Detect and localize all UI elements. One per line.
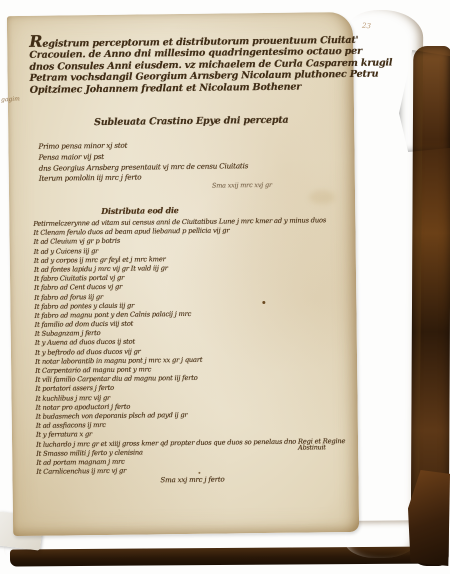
expense-entry-text: It Smasso militi j ferto y clenisina	[36, 448, 143, 457]
expense-entry-text: It ad fontes lapidu j mrc vij gr It vald…	[34, 264, 168, 274]
expense-entry-text: It y Auena ad duos ducos ij stot	[35, 338, 135, 347]
photo-backdrop: Registrum perceptorum et distributorum p…	[0, 0, 450, 574]
expense-entry-text: It fabro ad Cent ducos vj gr	[34, 283, 122, 292]
expense-entry-text: It ad portam magnam j mrc	[36, 458, 124, 467]
receipts-lines: Primo pensa minor xj stotPensa maior vij…	[38, 139, 248, 185]
expense-entry-text: It fabro ad magnu pont y den Calnis pala…	[34, 310, 191, 320]
expense-entry-text: It Carnlicenchus ij mrc vj gr	[36, 467, 126, 476]
expense-entry-text: It Carpentario ad magnu pont y mrc	[35, 365, 151, 374]
expenses-heading: Distributa eod die	[101, 205, 179, 216]
expense-entry-text: It ad Cleuium vj gr p botris	[34, 237, 121, 246]
expenses-total: Sma xxj mrc j ferto	[160, 476, 224, 485]
expense-entry-text: It Subagnzam j ferto	[35, 329, 101, 338]
expense-entry-text: It ad y Cuicens iij gr	[34, 247, 99, 256]
receipts-heading: Subleuata Crastino Epye dni percepta	[94, 115, 288, 128]
folio-number: 23	[362, 22, 371, 31]
expense-entry-text: It ad y corpos ij mrc gr feyl et j mrc k…	[34, 255, 166, 265]
margin-note: gagim	[1, 96, 20, 104]
header-block: Registrum perceptorum et distributorum p…	[29, 32, 346, 96]
expense-entry-text: It kuchlibus j mrc vij gr	[35, 393, 110, 402]
expenses-list: Petirmelczerynne ad vitam sui census ann…	[33, 216, 358, 477]
manuscript-page: Registrum perceptorum et distributorum p…	[7, 12, 359, 536]
receipts-summary: Sma xxij mrc xvj gr	[212, 181, 272, 190]
expense-entry-text: It portatori assers j ferto	[35, 384, 114, 393]
expense-entry-text: It notar pro apoductori j ferto	[36, 402, 131, 411]
expense-entry-text: It y ferratura x gr	[36, 430, 92, 439]
expense-entry-text: It budasmech von deporanis plsch ad payd…	[36, 411, 188, 421]
expense-entry-text: It y beftrodo ad duos ducos vij gr	[35, 347, 141, 356]
expense-entry-text: It fabro Ciuitatis portal vj gr	[34, 274, 124, 283]
expense-entry-text: It fabro ad pontes y clauis iij gr	[34, 301, 134, 310]
expense-entry-text: It ad assfiacons ij mrc	[36, 421, 106, 430]
stain	[309, 190, 335, 204]
expense-entry-text: It familio ad dom ducis viij stot	[35, 320, 134, 329]
expense-entry-text: It fabro ad forus iij gr	[34, 292, 103, 301]
